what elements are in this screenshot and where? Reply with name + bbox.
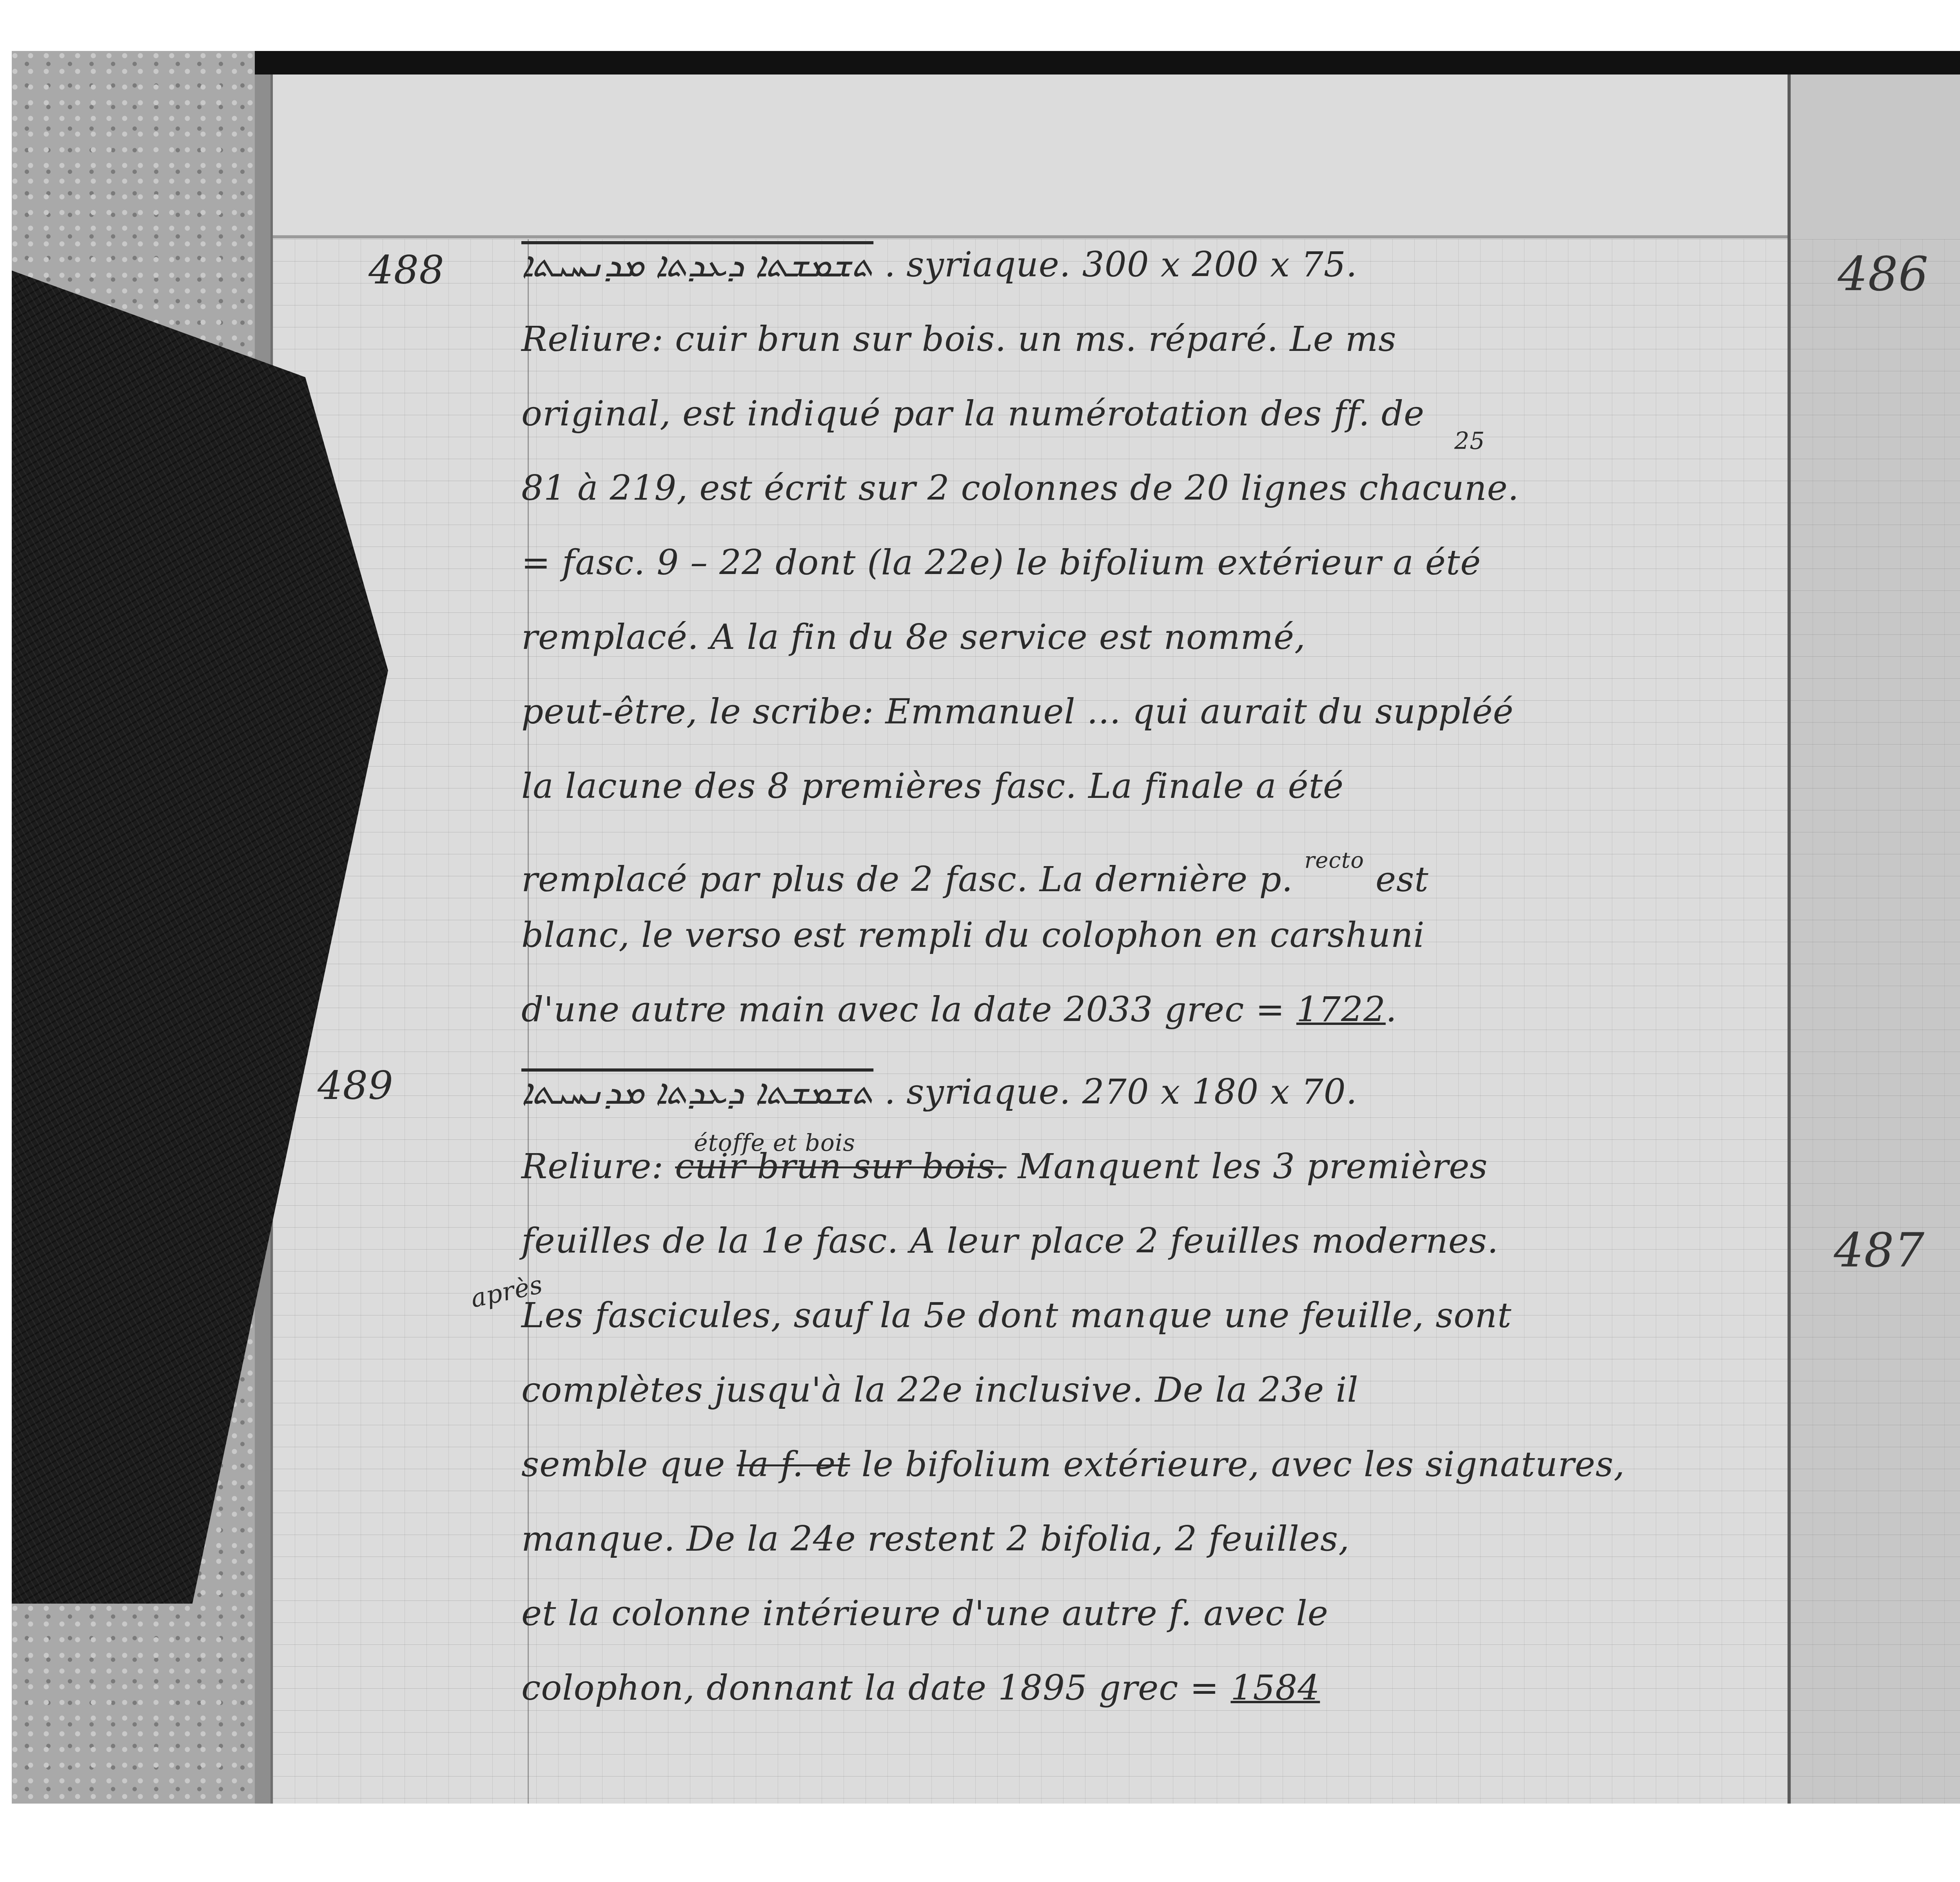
syriac-title: ܬܫܡܫܬܐ ܕܥܕܬܐ ܡܕܢܚܝܬܐ	[521, 244, 873, 285]
entry-line: et la colonne intérieure d'une autre f. …	[521, 1576, 1756, 1651]
date-underlined: 1722	[1296, 989, 1386, 1030]
notebook-photo: 486 487 488 ܬܫܡܫܬܐ ܕܥܕܬܐ ܡܕܢܚܝܬܐ . syria…	[12, 51, 1960, 1804]
struck-text: la f. et	[737, 1444, 850, 1484]
entry-text: Manquent les 3 premières	[1018, 1146, 1488, 1186]
entry-line: remplacé par plus de 2 fasc. La dernière…	[521, 823, 1756, 898]
entry-line: Reliure: cuir brun sur bois. un ms. répa…	[521, 302, 1756, 376]
entry-text: .	[1386, 989, 1397, 1030]
entry-line: feuilles de la 1e fasc. A leur place 2 f…	[521, 1204, 1756, 1278]
entry-number: 488	[368, 247, 445, 293]
entry-text: remplacé par plus de 2 fasc. La dernière…	[521, 859, 1293, 899]
entry-text: semble que	[521, 1444, 725, 1484]
entry-line: semble que la f. et le bifolium extérieu…	[521, 1427, 1756, 1502]
entry-line: blanc, le verso est rempli du colophon e…	[521, 898, 1756, 972]
inserted-correction: 25	[1454, 404, 1485, 478]
ruled-grid	[1791, 239, 1960, 1804]
entry-line: original, est indiqué par la numérotatio…	[521, 376, 1756, 451]
entry-text: Reliure:	[521, 1146, 664, 1186]
entry-line: complètes jusqu'à la 22e inclusive. De l…	[521, 1353, 1756, 1427]
entry-line: Reliure: cuir brun sur bois. étoffe et b…	[521, 1129, 1756, 1204]
entry-line: colophon, donnant la date 1895 grec = 15…	[521, 1651, 1756, 1725]
notebook-top-edge	[12, 51, 1960, 74]
entry-line: après Les fascicules, sauf la 5e dont ma…	[521, 1278, 1756, 1353]
catalogue-entry: ܬܫܡܫܬܐ ܕܥܕܬܐ ܡܕܢܚܝܬܐ . syriaque. 300 x 2…	[521, 227, 1756, 1047]
inserted-correction: étoffe et bois	[694, 1106, 855, 1180]
entry-line: remplacé. A la fin du 8e service est nom…	[521, 600, 1756, 674]
entry-line: d'une autre main avec la date 2033 grec …	[521, 972, 1756, 1047]
page-number-487: 487	[1834, 1223, 1925, 1278]
entry-line: peut-être, le scribe: Emmanuel ... qui a…	[521, 674, 1756, 749]
entry-text: . syriaque. 300 x 200 x 75.	[884, 244, 1357, 285]
entry-line: manque. De la 24e restent 2 bifolia, 2 f…	[521, 1502, 1756, 1576]
entry-text: Les fascicules, sauf la 5e dont manque u…	[521, 1295, 1512, 1335]
entry-line: la lacune des 8 premières fasc. La final…	[521, 749, 1756, 823]
entry-line: = fasc. 9 – 22 dont (la 22e) le bifolium…	[521, 525, 1756, 600]
entry-text: est	[1376, 859, 1429, 899]
entry-number: 489	[318, 1063, 394, 1108]
superscript-note: recto	[1304, 848, 1364, 873]
adjacent-page: 486 487	[1788, 74, 1960, 1804]
margin-note: après	[463, 1248, 550, 1336]
date-underlined: 1584	[1230, 1668, 1320, 1708]
entry-text: d'une autre main avec la date 2033 grec …	[521, 989, 1285, 1030]
entry-text: le bifolium extérieure, avec les signatu…	[862, 1444, 1625, 1484]
entry-text: original, est indiqué par la numérotatio…	[521, 393, 1425, 434]
entry-line: 81 à 219, est écrit sur 2 colonnes de 20…	[521, 451, 1756, 525]
entry-text: colophon, donnant la date 1895 grec =	[521, 1668, 1219, 1708]
entry-line: ܬܫܡܫܬܐ ܕܥܕܬܐ ܡܕܢܚܝܬܐ . syriaque. 300 x 2…	[521, 227, 1756, 302]
catalogue-entry: ܬܫܡܫܬܐ ܕܥܕܬܐ ܡܕܢܚܝܬܐ . syriaque. 270 x 1…	[521, 1055, 1756, 1725]
page-number-486: 486	[1838, 247, 1929, 302]
entry-text: . syriaque. 270 x 180 x 70.	[884, 1072, 1357, 1112]
